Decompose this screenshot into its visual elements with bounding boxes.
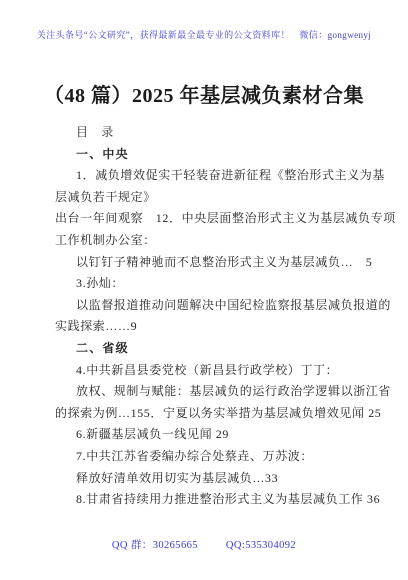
toc-line: 的探索为例…155．宁夏以务实举措为基层减负增效见闻 25 <box>55 403 388 425</box>
toc-line: 7.中共江苏省委编办综合处蔡垚、万苏波： <box>55 446 388 468</box>
toc-line: 3.孙灿： <box>55 273 388 295</box>
toc-line: 4.中共新昌县委党校（新昌县行政学校）丁丁： <box>55 360 388 382</box>
toc-line: 放权、规制与赋能：基层减负的运行政治学逻辑以浙江省 <box>55 381 388 403</box>
table-of-contents: 目 录 一、中央 1．减负增效促实干轻装奋进新征程《整治形式主义为基 层减负若干… <box>55 122 388 511</box>
toc-line: 层减负若干规定》 <box>55 187 388 209</box>
toc-line: 释放好清单效用切实为基层减负…33 <box>55 468 388 490</box>
toc-line: 实践探索……9 <box>55 316 388 338</box>
toc-section-province: 二、省级 <box>55 338 388 360</box>
toc-line: 以监督报道推动问题解决中国纪检监察报基层减负报道的 <box>55 295 388 317</box>
toc-line: 1．减负增效促实干轻装奋进新征程《整治形式主义为基 <box>55 165 388 187</box>
qq-personal-text: QQ:535304092 <box>226 540 296 551</box>
qq-group-text: QQ 群：30265665 <box>112 540 198 551</box>
promo-footer: QQ 群：30265665QQ:535304092 <box>0 537 408 552</box>
toc-heading: 目 录 <box>55 122 388 144</box>
promo-header-text: 关注头条号“公文研究”，获得最新最全最专业的公文资料库！ 微信：gongweny… <box>0 28 408 41</box>
toc-line: 工作机制办公室： <box>55 230 388 252</box>
document-page: 关注头条号“公文研究”，获得最新最全最专业的公文资料库！ 微信：gongweny… <box>0 0 408 580</box>
toc-line: 8.甘肃省持续用力推进整治形式主义为基层减负工作 36 <box>55 489 388 511</box>
toc-line: 出台一年间观察 12．中央层面整治形式主义为基层减负专项 <box>55 208 388 230</box>
page-title: （48 篇）2025 年基层减负素材合集 <box>0 79 408 108</box>
toc-section-central: 一、中央 <box>55 144 388 166</box>
toc-line: 以钉钉子精神驰而不息整治形式主义为基层减负… 5 <box>55 252 388 274</box>
toc-line: 6.新疆基层减负一线见闻 29 <box>55 424 388 446</box>
